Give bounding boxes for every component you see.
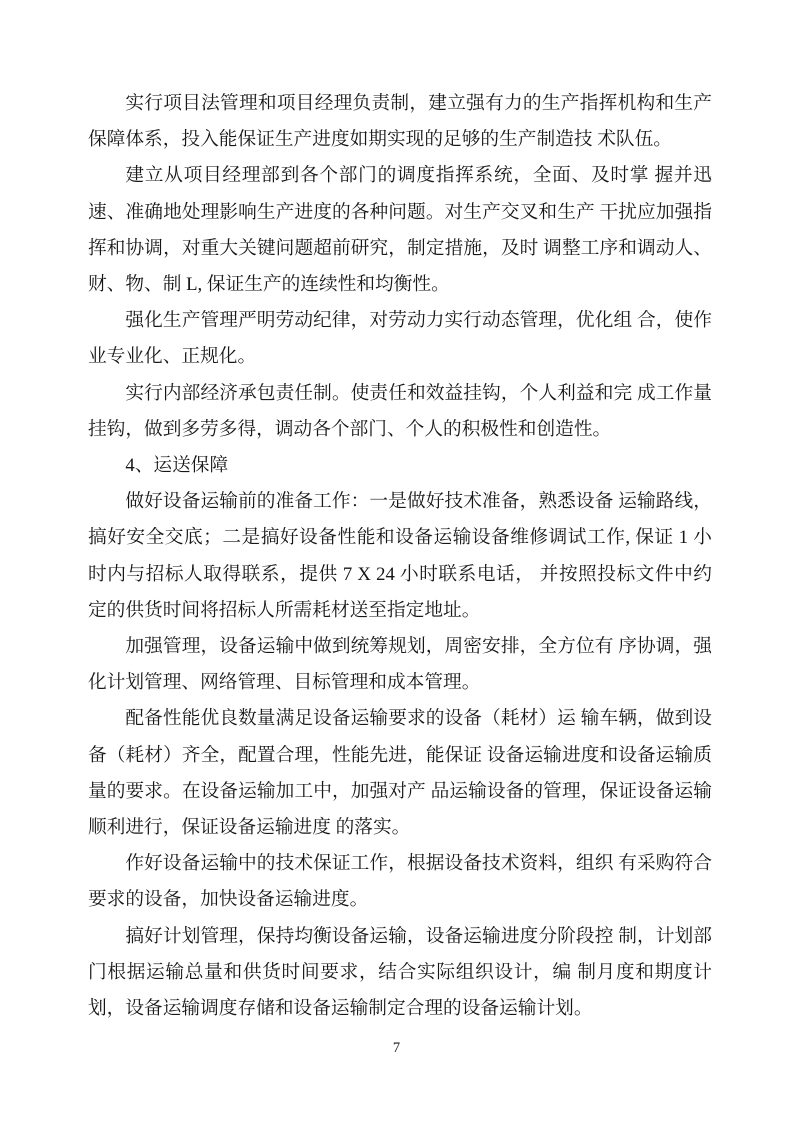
paragraph: 实行内部经济承包责任制。使责任和效益挂钩，个人利益和完 成工作量挂钩，做到多劳多… bbox=[88, 376, 712, 448]
paragraph: 搞好计划管理，保持均衡设备运输，设备运输进度分阶段控 制，计划部门根据运输总量和… bbox=[88, 919, 712, 1028]
paragraph: 建立从项目经理部到各个部门的调度指挥系统，全面、及时掌 握并迅速、准确地处理影响… bbox=[88, 158, 712, 303]
document-body: 实行项目法管理和项目经理负责制，建立强有力的生产指挥机构和生产保障体系，投入能保… bbox=[88, 86, 712, 1027]
paragraph: 配备性能优良数量满足设备运输要求的设备（耗材）运 输车辆，做到设备（耗材）齐全，… bbox=[88, 701, 712, 846]
paragraph: 做好设备运输前的准备工作：一是做好技术准备，熟悉设备 运输路线，搞好安全交底；二… bbox=[88, 484, 712, 629]
section-heading: 4、运送保障 bbox=[88, 448, 712, 484]
document-page: 实行项目法管理和项目经理负责制，建立强有力的生产指挥机构和生产保障体系，投入能保… bbox=[0, 0, 793, 1122]
paragraph: 加强管理，设备运输中做到统筹规划，周密安排，全方位有 序协调，强化计划管理、网络… bbox=[88, 629, 712, 701]
paragraph: 作好设备运输中的技术保证工作，根据设备技术资料，组织 有采购符合要求的设备，加快… bbox=[88, 846, 712, 918]
paragraph: 实行项目法管理和项目经理负责制，建立强有力的生产指挥机构和生产保障体系，投入能保… bbox=[88, 86, 712, 158]
paragraph: 强化生产管理严明劳动纪律，对劳动力实行动态管理，优化组 合，使作业专业化、正规化… bbox=[88, 303, 712, 375]
page-number: 7 bbox=[0, 1038, 793, 1058]
